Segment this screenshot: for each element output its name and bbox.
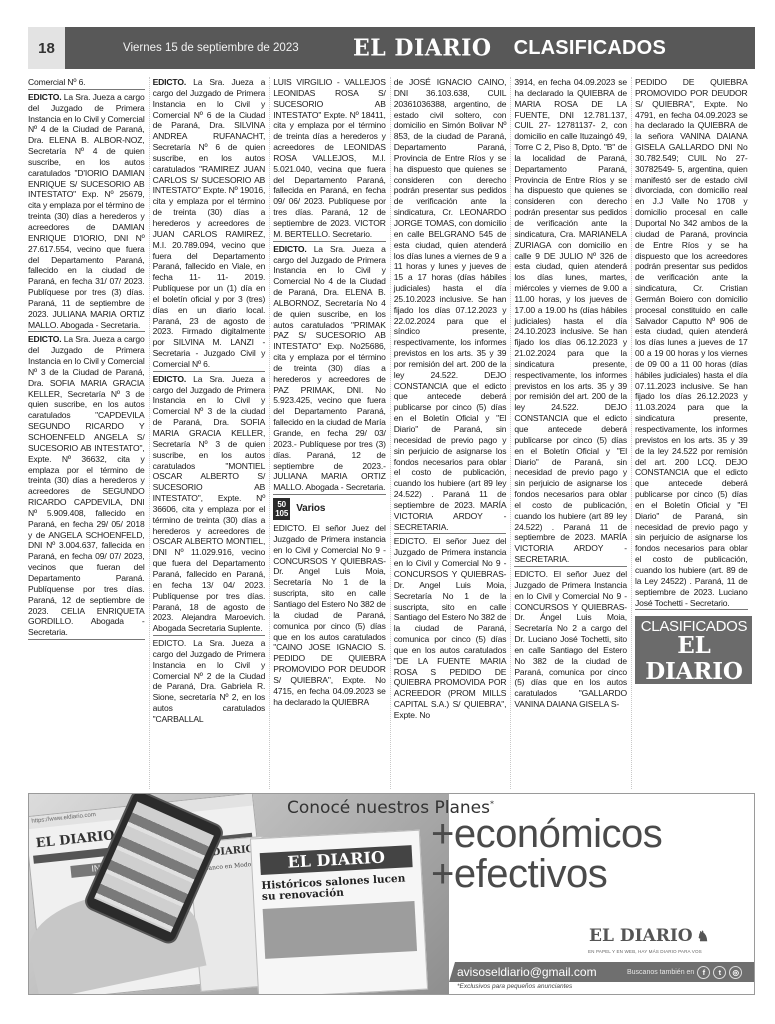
- ad-slogan-line2: +efectivos: [431, 854, 662, 894]
- section-header-varios: 50105Varios: [273, 498, 386, 520]
- column-1: Comercial Nº 6.EDICTO. La Sra. Jueza a c…: [28, 77, 149, 789]
- section-title: CLASIFICADOS: [514, 37, 666, 60]
- page-number: 18: [28, 27, 65, 69]
- edicto-text: La Sra. Jueza a cargo del Juzgado de Pri…: [28, 334, 145, 637]
- edicto-text: El señor Juez del Juzgado de Primera ins…: [273, 523, 386, 707]
- edicto-keyword: EDICTO.: [273, 523, 306, 533]
- edicto-text: Comercial Nº 6.: [28, 77, 85, 87]
- edicto-keyword: EDICTO.: [28, 92, 61, 102]
- quijote-icon: ♞: [697, 929, 710, 945]
- newspaper-headline: Históricos salones lucen su renovación: [261, 873, 414, 903]
- edicto-text: La Sra. Jueza a cargo del Juzgado de Pri…: [153, 638, 266, 724]
- column-2: EDICTO. La Sra. Jueza a cargo del Juzgad…: [149, 77, 270, 789]
- edicto-keyword: EDICTO.: [394, 536, 427, 546]
- edicto-continuation: Comercial Nº 6.: [28, 77, 145, 90]
- column-4: de JOSÉ IGNACIO CAINO, DNI 36.103.638, C…: [390, 77, 511, 789]
- facebook-icon[interactable]: f: [697, 966, 710, 979]
- twitter-icon[interactable]: t: [713, 966, 726, 979]
- ad-slogan-line1: +económicos: [431, 814, 662, 854]
- clasificados-promo-box: CLASIFICADOSEL DIARIO: [635, 616, 752, 684]
- ad-email-link[interactable]: avisoseldiario@gmail.com: [457, 965, 617, 979]
- instagram-icon[interactable]: ◎: [729, 966, 742, 979]
- ad-logo: EL DIARIO♞: [589, 926, 709, 946]
- column-6: PEDIDO DE QUIEBRA PROMOVIDO POR DEUDOR S…: [631, 77, 752, 789]
- edicto-notice: EDICTO. La Sra. Jueza a cargo del Juzgad…: [153, 638, 266, 726]
- section-code-badge: 50105: [273, 498, 290, 520]
- edicto-notice: EDICTO. El señor Juez del Juzgado de Pri…: [273, 523, 386, 708]
- edicto-continuation: PEDIDO DE QUIEBRA PROMOVIDO POR DEUDOR S…: [635, 77, 748, 610]
- edicto-notice: EDICTO. El señor Juez del Juzgado de Pri…: [394, 536, 507, 721]
- edicto-text: El señor Juez del Juzgado de Primera ins…: [394, 536, 507, 720]
- edicto-text: El señor Juez del Juzgado de Primera Ins…: [514, 569, 627, 709]
- section-code-top: 50: [273, 500, 290, 509]
- column-5: 3914, en fecha 04.09.2023 se ha declarad…: [510, 77, 631, 789]
- header-bar: Viernes 15 de septiembre de 2023 EL DIAR…: [65, 27, 755, 69]
- edicto-continuation: de JOSÉ IGNACIO CAINO, DNI 36.103.638, C…: [394, 77, 507, 534]
- edicto-keyword: EDICTO.: [153, 638, 186, 648]
- edicto-text: La Sra. Jueza a cargo del Juzgado de Pri…: [28, 92, 145, 330]
- edicto-keyword: EDICTO.: [514, 569, 547, 579]
- edicto-notice: EDICTO. La Sra. Jueza a cargo del Juzgad…: [273, 244, 386, 495]
- ad-footer-bar: avisoseldiario@gmail.com Buscanos tambié…: [449, 962, 755, 982]
- promo-line2: EL DIARIO: [635, 633, 752, 685]
- newspaper-mockup-logo: EL DIARIO: [260, 845, 413, 875]
- section-title-varios: Varios: [296, 504, 325, 515]
- edicto-keyword: EDICTO.: [153, 77, 186, 87]
- newspaper-mockup: EL DIARIO Históricos salones lucen su re…: [250, 830, 428, 994]
- ad-slogan: +económicos +efectivos: [431, 814, 662, 894]
- ad-photo: https://www.eldiario.com EL DIARIO INECO…: [29, 794, 449, 994]
- advertisement[interactable]: https://www.eldiario.com EL DIARIO INECO…: [28, 793, 755, 995]
- edicto-text: 3914, en fecha 04.09.2023 se ha declarad…: [514, 77, 627, 564]
- edicto-keyword: EDICTO.: [153, 374, 186, 384]
- edicto-text: de JOSÉ IGNACIO CAINO, DNI 36.103.638, C…: [394, 77, 507, 532]
- edicto-text: La Sra. Jueza a cargo del Juzgado de Pri…: [153, 374, 266, 633]
- edicto-keyword: EDICTO.: [273, 244, 306, 254]
- edicto-notice: EDICTO. La Sra. Jueza a cargo del Juzgad…: [153, 77, 266, 372]
- classifieds-columns: Comercial Nº 6.EDICTO. La Sra. Jueza a c…: [28, 77, 752, 789]
- section-code-bottom: 105: [273, 509, 290, 518]
- ad-title-mark: *: [490, 799, 494, 808]
- ad-tagline: EN PAPEL Y EN WEB, HAY MÁS DIARIO PARA V…: [588, 949, 702, 954]
- edicto-notice: EDICTO. La Sra. Jueza a cargo del Juzgad…: [153, 374, 266, 636]
- edicto-continuation: LUIS VIRGILIO - VALLEJOS LEONIDAS ROSA S…: [273, 77, 386, 242]
- edicto-keyword: EDICTO.: [28, 334, 61, 344]
- social-label: Buscanos también en: [627, 969, 694, 976]
- edicto-text: LUIS VIRGILIO - VALLEJOS LEONIDAS ROSA S…: [273, 77, 386, 239]
- ad-logo-text: EL DIARIO: [589, 926, 693, 946]
- edicto-notice: EDICTO. La Sra. Jueza a cargo del Juzgad…: [28, 92, 145, 333]
- column-3: LUIS VIRGILIO - VALLEJOS LEONIDAS ROSA S…: [269, 77, 390, 789]
- publication-date: Viernes 15 de septiembre de 2023: [123, 42, 353, 54]
- edicto-text: La Sra. Jueza a cargo del Juzgado de Pri…: [153, 77, 266, 369]
- ad-footnote: *Exclusivos para pequeños anunciantes: [457, 983, 572, 990]
- edicto-notice: EDICTO. El señor Juez del Juzgado de Pri…: [514, 569, 627, 711]
- page-header: 18 Viernes 15 de septiembre de 2023 EL D…: [28, 27, 755, 69]
- edicto-notice: EDICTO. La Sra. Jueza a cargo del Juzgad…: [28, 334, 145, 640]
- edicto-continuation: 3914, en fecha 04.09.2023 se ha declarad…: [514, 77, 627, 567]
- edicto-text: La Sra. Jueza a cargo del Juzgado de Pri…: [273, 244, 386, 493]
- newspaper-photo: [263, 901, 417, 959]
- newspaper-logo: EL DIARIO: [353, 34, 492, 61]
- edicto-text: PEDIDO DE QUIEBRA PROMOVIDO POR DEUDOR S…: [635, 77, 748, 608]
